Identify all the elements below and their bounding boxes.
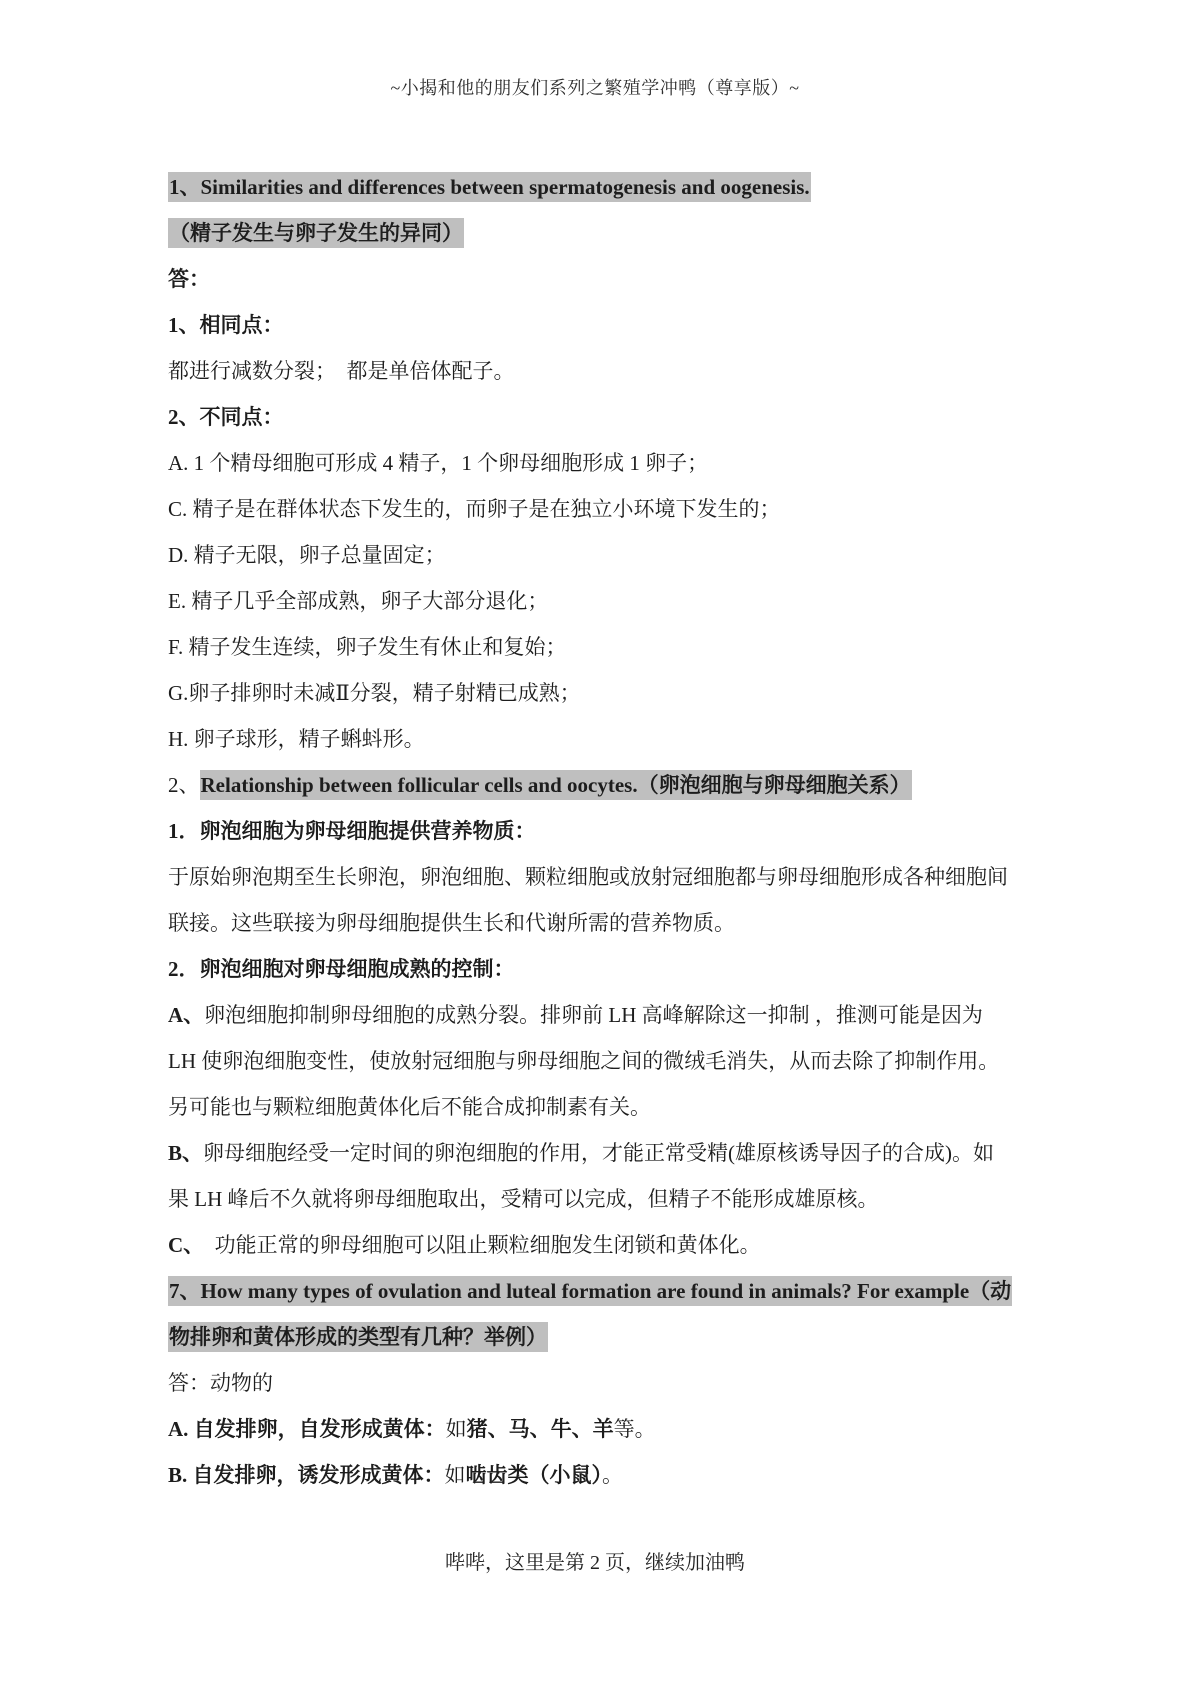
q2-point2-item-b: B、卵母细胞经受一定时间的卵泡细胞的作用，才能正常受精(雄原核诱导因子的合成)。… <box>168 1130 1013 1222</box>
q2-point1-text: 于原始卵泡期至生长卵泡，卵泡细胞、颗粒细胞或放射冠细胞都与卵母细胞形成各种细胞间… <box>168 854 1013 946</box>
item-text: 卵母细胞经受一定时间的卵泡细胞的作用，才能正常受精(雄原核诱导因子的合成)。如果… <box>168 1141 994 1211</box>
item-post: 等。 <box>614 1417 656 1441</box>
q2-point2-item-c: C、 功能正常的卵母细胞可以阻止颗粒细胞发生闭锁和黄体化。 <box>168 1222 1013 1268</box>
q1-diff-item-h: H. 卵子球形，精子蝌蚪形。 <box>168 716 1013 762</box>
q1-diff-item-d: D. 精子无限，卵子总量固定； <box>168 532 1013 578</box>
q2-point2-item-a: A、卵泡细胞抑制卵母细胞的成熟分裂。排卵前 LH 高峰解除这一抑制 ，推测可能是… <box>168 992 1013 1130</box>
item-post: 。 <box>602 1463 623 1487</box>
item-label: A、 <box>168 1003 204 1027</box>
q7-title-line: 7、How many types of ovulation and luteal… <box>168 1268 1013 1360</box>
item-text: 功能正常的卵母细胞可以阻止颗粒细胞发生闭锁和黄体化。 <box>194 1233 761 1257</box>
q1-same-heading: 1、相同点： <box>168 302 1013 348</box>
item-text: 卵泡细胞抑制卵母细胞的成熟分裂。排卵前 LH 高峰解除这一抑制 ，推测可能是因为… <box>168 1003 999 1119</box>
item-label: B、 <box>168 1141 203 1165</box>
q1-title-line-en: 1、Similarities and differences between s… <box>168 164 1013 210</box>
q7-answer-intro: 答：动物的 <box>168 1360 1013 1406</box>
item-lead: 自发排卵，自发形成黄体： <box>194 1417 446 1441</box>
q7-item-b: B. 自发排卵，诱发形成黄体：如啮齿类（小鼠）。 <box>168 1452 1013 1498</box>
document-page: ~小揭和他的朋友们系列之繁殖学冲鸭（尊享版）~ 1、Similarities a… <box>0 0 1190 1683</box>
item-label: B. <box>168 1463 193 1487</box>
q1-title-en-highlight: 1、Similarities and differences between s… <box>168 172 811 202</box>
q7-title-highlight: 7、How many types of ovulation and luteal… <box>168 1276 1012 1352</box>
item-lead: 自发排卵，诱发形成黄体： <box>193 1463 445 1487</box>
item-label: C、 <box>168 1233 194 1257</box>
item-emphasis: 猪、马、牛、羊 <box>467 1417 614 1441</box>
q1-diff-item-c: C. 精子是在群体状态下发生的，而卵子是在独立小环境下发生的； <box>168 486 1013 532</box>
item-emphasis: 啮齿类（小鼠） <box>466 1463 603 1487</box>
q1-diff-heading: 2、不同点： <box>168 394 1013 440</box>
item-pre: 如 <box>445 1463 466 1487</box>
q1-diff-item-a: A. 1 个精母细胞可形成 4 精子，1 个卵母细胞形成 1 卵子； <box>168 440 1013 486</box>
q1-diff-item-e: E. 精子几乎全部成熟，卵子大部分退化； <box>168 578 1013 624</box>
q1-diff-item-g: G.卵子排卵时未减Ⅱ分裂，精子射精已成熟； <box>168 670 1013 716</box>
q1-same-text: 都进行减数分裂； 都是单倍体配子。 <box>168 348 1013 394</box>
q2-title-line: 2、Relationship between follicular cells … <box>168 762 1013 808</box>
doc-header: ~小揭和他的朋友们系列之繁殖学冲鸭（尊享版）~ <box>168 74 1022 100</box>
q1-title-line-zh: （精子发生与卵子发生的异同） <box>168 210 1013 256</box>
item-label: A. <box>168 1417 194 1441</box>
page-footer: 哔哔，这里是第 2 页，继续加油鸭 <box>0 1546 1190 1575</box>
q1-diff-item-f: F. 精子发生连续，卵子发生有休止和复始； <box>168 624 1013 670</box>
q2-title-number: 2、 <box>168 773 200 797</box>
item-pre: 如 <box>446 1417 467 1441</box>
q2-point1-heading: 1．卵泡细胞为卵母细胞提供营养物质： <box>168 808 1013 854</box>
q1-answer-label: 答： <box>168 256 1013 302</box>
q7-item-a: A. 自发排卵，自发形成黄体：如猪、马、牛、羊等。 <box>168 1406 1013 1452</box>
q2-point2-heading: 2．卵泡细胞对卵母细胞成熟的控制： <box>168 946 1013 992</box>
doc-body: 1、Similarities and differences between s… <box>168 164 1013 1498</box>
q2-title-highlight: Relationship between follicular cells an… <box>200 770 912 800</box>
q1-title-zh-highlight: （精子发生与卵子发生的异同） <box>168 218 464 248</box>
